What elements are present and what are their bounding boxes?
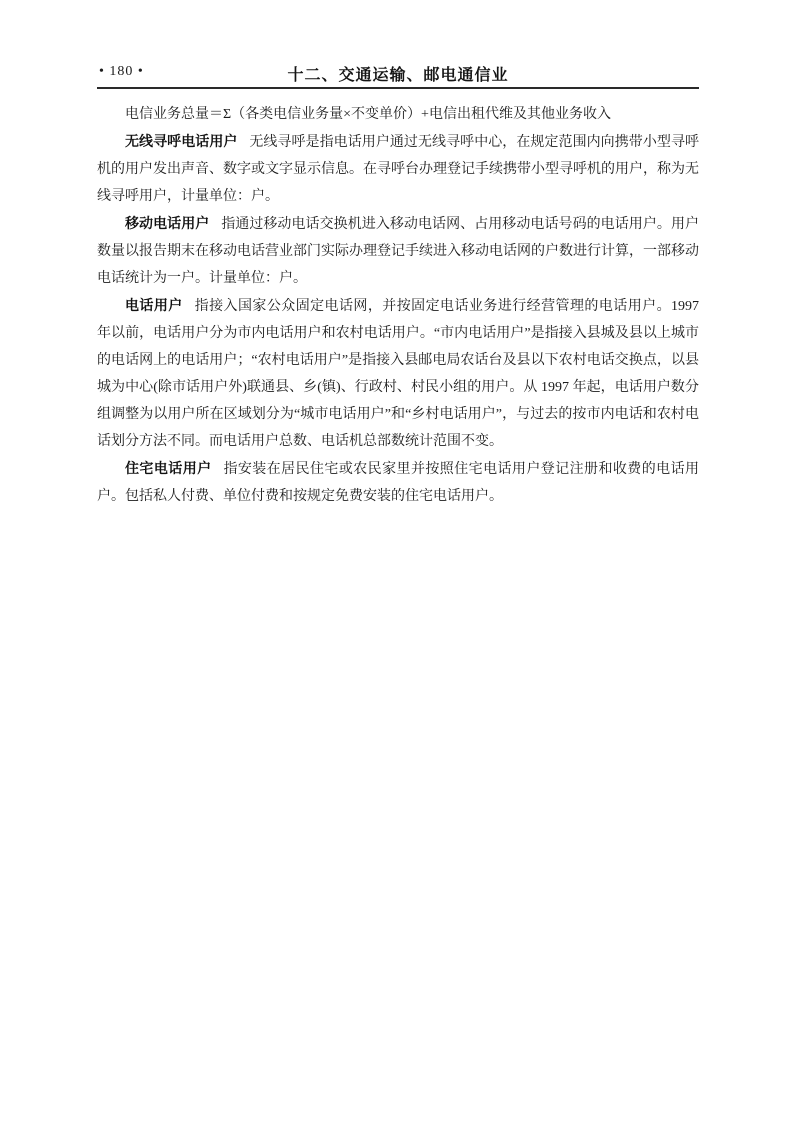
term-label: 住宅电话用户 xyxy=(125,460,212,476)
page-header: • 180 • 十二、交通运输、邮电通信业 xyxy=(97,62,699,86)
paragraph-text: 电信业务总量＝Σ（各类电信业务量×不变单价）+电信出租代维及其他业务收入 xyxy=(125,107,611,122)
paragraph-text: 指接入国家公众固定电话网，并按固定电话业务进行经营管理的电话用户。1997 年以… xyxy=(97,299,699,449)
header-rule xyxy=(97,87,699,89)
document-body: 电信业务总量＝Σ（各类电信业务量×不变单价）+电信出租代维及其他业务收入 无线寻… xyxy=(97,100,699,510)
term-label: 无线寻呼电话用户 xyxy=(125,133,237,149)
paragraph-mobile-subscribers: 移动电话用户指通过移动电话交换机进入移动电话网、占用移动电话号码的电话用户。用户… xyxy=(97,210,699,292)
paragraph-wireless-paging: 无线寻呼电话用户无线寻呼是指电话用户通过无线寻呼中心，在规定范围内向携带小型寻呼… xyxy=(97,128,699,210)
document-page: • 180 • 十二、交通运输、邮电通信业 电信业务总量＝Σ（各类电信业务量×不… xyxy=(0,0,793,1122)
paragraph-telephone-subscribers: 电话用户指接入国家公众固定电话网，并按固定电话业务进行经营管理的电话用户。199… xyxy=(97,292,699,455)
term-label: 移动电话用户 xyxy=(125,215,209,231)
chapter-title: 十二、交通运输、邮电通信业 xyxy=(97,62,699,85)
term-label: 电话用户 xyxy=(125,297,183,313)
paragraph-residential-subscribers: 住宅电话用户指安装在居民住宅或农民家里并按照住宅电话用户登记注册和收费的电话用户… xyxy=(97,455,699,510)
content-column: • 180 • 十二、交通运输、邮电通信业 电信业务总量＝Σ（各类电信业务量×不… xyxy=(97,62,699,510)
paragraph-formula: 电信业务总量＝Σ（各类电信业务量×不变单价）+电信出租代维及其他业务收入 xyxy=(97,100,699,128)
